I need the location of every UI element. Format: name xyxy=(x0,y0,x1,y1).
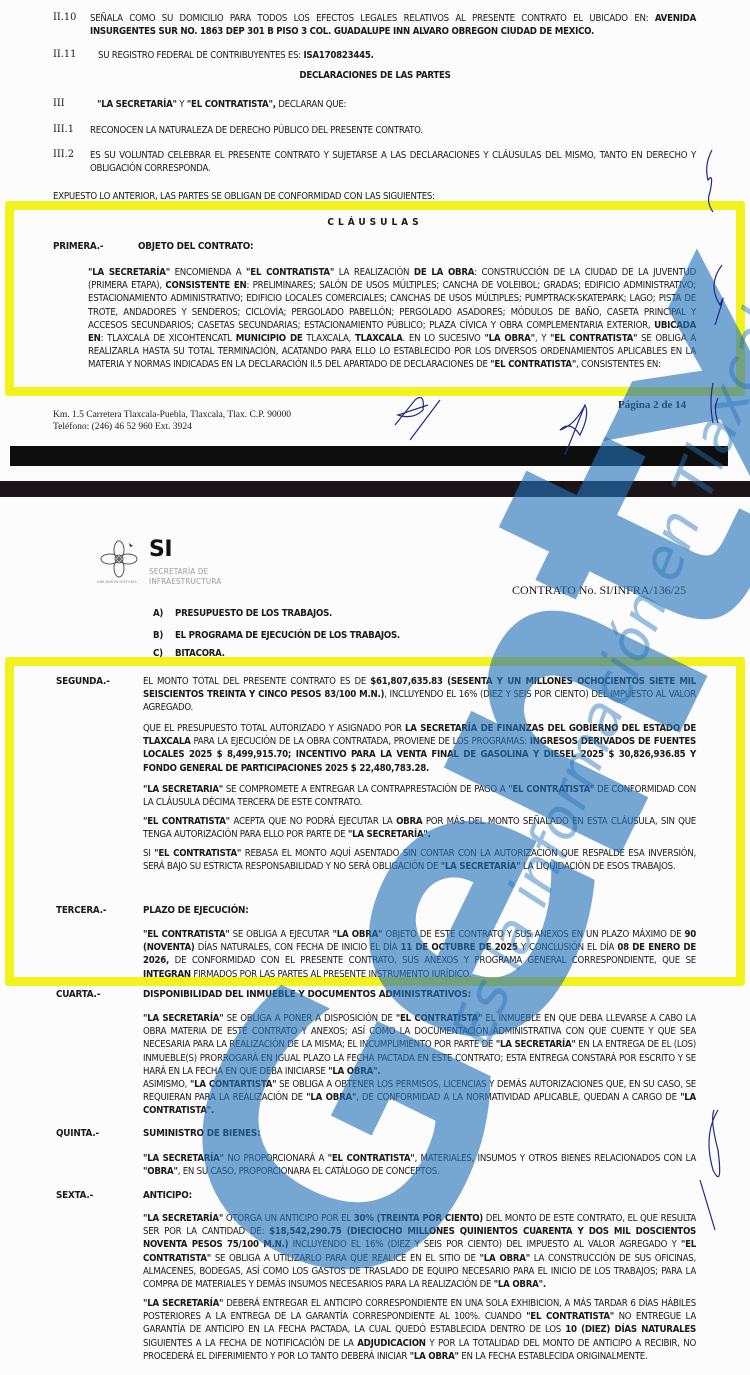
list-letter: b) xyxy=(153,629,163,642)
clause-title-tercera: PLAZO DE EJECUCIÓN: xyxy=(143,905,249,916)
document-page-2: II.10 SEÑALA COMO SU DOMICILIO PARA TODO… xyxy=(0,0,750,465)
footer-address: Km. 1.5 Carretera Tlaxcala-Puebla, Tlaxc… xyxy=(53,410,291,421)
footer-phone: Teléfono: (246) 46 52 960 Ext. 3924 xyxy=(53,422,192,433)
quinta-p1: "LA SECRETARÍA" NO PROPORCIONARÁ A "EL C… xyxy=(143,1152,696,1178)
flower-emblem-icon xyxy=(99,539,139,579)
item-number: III xyxy=(53,98,65,109)
list-item: PRESUPUESTO DE LOS TRABAJOS. xyxy=(175,607,332,620)
item-number: II.10 xyxy=(53,12,76,23)
item-ii-10-text: SEÑALA COMO SU DOMICILIO PARA TODOS LOS … xyxy=(90,12,696,38)
tercera-p1: "EL CONTRATISTA" SE OBLIGA A EJECUTAR "L… xyxy=(143,928,696,981)
declaraciones-heading: DECLARACIONES DE LAS PARTES xyxy=(0,69,750,82)
segunda-p1: EL MONTO TOTAL DEL PRESENTE CONTRATO ES … xyxy=(143,675,696,715)
list-item: BITACORA. xyxy=(175,647,225,660)
clause-label-primera: PRIMERA.- xyxy=(53,241,103,252)
page-separator xyxy=(0,481,750,497)
logo-line2: INFRAESTRUCTURA xyxy=(149,577,221,587)
clause-label-quinta: QUINTA.- xyxy=(56,1128,99,1139)
expuesto-text: EXPUESTO LO ANTERIOR, LAS PARTES SE OBLI… xyxy=(53,190,653,203)
cuarta-p1: "LA SECRETARÍA" SE OBLIGA A PONER A DISP… xyxy=(143,1012,696,1078)
logo-line1: SECRETARÍA DE xyxy=(149,567,208,577)
clause-title-sexta: ANTICIPO: xyxy=(143,1190,192,1201)
sexta-p2: "LA SECRETARÍA" DEBERÁ ENTREGAR EL ANTIC… xyxy=(143,1297,696,1363)
logo-tagline: UNA NUEVA HISTORIA xyxy=(97,580,137,584)
segunda-p2: QUE EL PRESUPUESTO TOTAL AUTORIZADO Y AS… xyxy=(143,722,696,775)
list-item: EL PROGRAMA DE EJECUCIÓN DE LOS TRABAJOS… xyxy=(175,629,400,642)
page-number: Página 2 de 14 xyxy=(618,399,686,411)
item-number: III.1 xyxy=(53,124,74,135)
clause-label-sexta: SEXTA.- xyxy=(56,1190,93,1201)
item-ii-11-text: SU REGISTRO FEDERAL DE CONTRIBUYENTES ES… xyxy=(98,49,698,62)
cuarta-p2: ASIMISMO, "LA CONTARTISTA" SE OBLIGA A O… xyxy=(143,1078,696,1118)
clause-title-primera: OBJETO DEL CONTRATO: xyxy=(138,241,253,252)
item-number: III.2 xyxy=(53,149,74,160)
logo-acronym: SI xyxy=(149,537,172,562)
contract-number: CONTRATO No. SI/INFRA/136/25 xyxy=(512,583,686,598)
list-letter: a) xyxy=(153,607,163,620)
segunda-p3: "LA SECRETARIA" SE COMPROMETE A ENTREGAR… xyxy=(143,783,696,809)
clause-title-cuarta: DISPONIBILIDAD DEL INMUEBLE Y DOCUMENTOS… xyxy=(143,989,471,1000)
item-iii-2-text: ES SU VOLUNTAD CELEBRAR EL PRESENTE CONT… xyxy=(90,149,696,175)
item-number: II.11 xyxy=(53,49,76,60)
redaction-bar xyxy=(10,446,728,466)
clause-title-quinta: SUMINISTRO DE BIENES: xyxy=(143,1128,260,1139)
sexta-p1: "LA SECRETARÍA" OTORGA UN ANTICIPO POR E… xyxy=(143,1212,696,1291)
list-letter: c) xyxy=(153,647,163,660)
clausulas-heading: CLÁUSULAS xyxy=(0,216,750,229)
primera-text: "LA SECRETARÍA" ENCOMIENDA A "EL CONTRAT… xyxy=(88,266,696,372)
clause-label-cuarta: CUARTA.- xyxy=(56,989,100,1000)
segunda-p5: SI "EL CONTRATISTA" REBASA EL MONTO AQUÍ… xyxy=(143,847,696,873)
item-iii-1-text: RECONOCEN LA NATURALEZA DE DERECHO PÚBLI… xyxy=(90,124,690,137)
si-logo: SI SECRETARÍA DE INFRAESTRUCTURA UNA NUE… xyxy=(97,537,247,593)
segunda-p4: "EL CONTRATISTA" ACEPTA QUE NO PODRÁ EJE… xyxy=(143,815,696,841)
clause-label-segunda: SEGUNDA.- xyxy=(56,676,110,687)
item-iii-text: "LA SECRETARÍA" Y "EL CONTRATISTA", DECL… xyxy=(97,98,697,111)
document-page-3: SI SECRETARÍA DE INFRAESTRUCTURA UNA NUE… xyxy=(0,497,750,1375)
clause-label-tercera: TERCERA.- xyxy=(56,905,106,916)
